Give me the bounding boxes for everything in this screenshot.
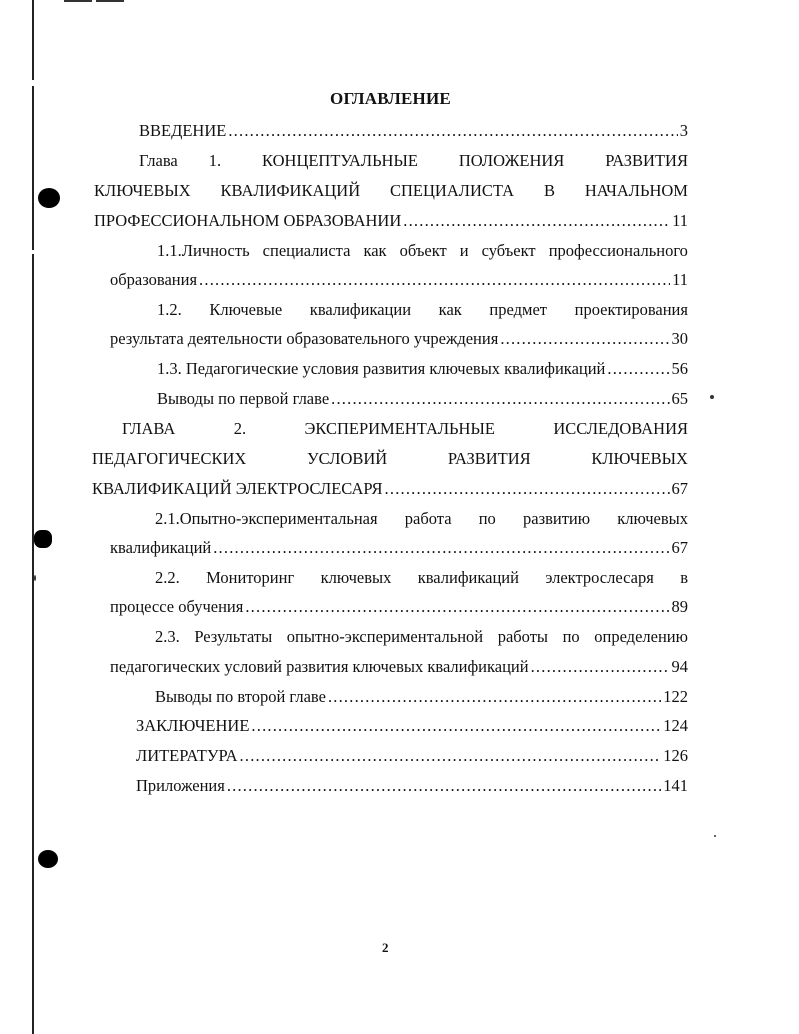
scan-speck: [710, 395, 714, 399]
toc-entry-label: ЛИТЕРАТУРА: [136, 746, 238, 766]
toc-leader-dots: [213, 538, 669, 558]
section-word: опытно-экспериментальной: [287, 627, 483, 647]
chapter-word: РАЗВИТИЯ: [448, 449, 531, 469]
toc-entry-page: 56: [672, 359, 689, 379]
section-word: профессионального: [549, 241, 688, 261]
section-word: определению: [594, 627, 688, 647]
chapter-word: УСЛОВИЙ: [307, 449, 387, 469]
scan-top-dash: [96, 0, 124, 2]
section-word: Ключевые: [209, 300, 282, 320]
section-word: 2.3.: [155, 627, 180, 647]
section-word: ключевых: [617, 509, 688, 529]
toc-section-2-2-line-1[interactable]: 2.2. Мониторинг ключевых квалификаций эл…: [155, 568, 688, 588]
toc-section-2-1-line-2[interactable]: квалификаций 67: [110, 538, 688, 558]
section-word: работы: [498, 627, 548, 647]
toc-leader-dots: [500, 329, 669, 349]
scan-punch-hole-mark: [38, 850, 58, 868]
toc-leader-dots: [199, 270, 670, 290]
toc-section-1-2-line-1[interactable]: 1.2. Ключевые квалификации как предмет п…: [157, 300, 688, 320]
toc-section-2-3-line-2[interactable]: педагогических условий развития ключевых…: [110, 657, 688, 677]
section-word: квалификации: [310, 300, 411, 320]
toc-entry-label: ЗАКЛЮЧЕНИЕ: [136, 716, 249, 736]
toc-leader-dots: [403, 211, 670, 231]
toc-entry-introduction[interactable]: ВВЕДЕНИЕ 3: [139, 121, 688, 141]
toc-leader-dots: [228, 121, 677, 141]
section-word: по: [479, 509, 496, 529]
toc-entry-page: 30: [672, 329, 689, 349]
toc-leader-dots: [385, 479, 670, 499]
section-word: квалификаций: [418, 568, 519, 588]
section-word: как: [439, 300, 462, 320]
toc-entry-page: 94: [672, 657, 689, 677]
toc-conclusions-chapter-1[interactable]: Выводы по первой главе 65: [157, 389, 688, 409]
chapter-word: КВАЛИФИКАЦИЙ: [221, 181, 361, 201]
scan-punch-hole-mark: [38, 188, 60, 208]
toc-chapter-2-line-2[interactable]: ПЕДАГОГИЧЕСКИХ УСЛОВИЙ РАЗВИТИЯ КЛЮЧЕВЫХ: [92, 449, 688, 469]
toc-section-1-3[interactable]: 1.3. Педагогические условия развития клю…: [157, 359, 688, 379]
chapter-word: ИССЛЕДОВАНИЯ: [553, 419, 688, 439]
section-word: 1.1.Личность: [157, 241, 250, 261]
toc-entry-page: 89: [672, 597, 689, 617]
section-word: субъект: [482, 241, 536, 261]
toc-leader-dots: [531, 657, 670, 677]
toc-entry-label: 1.3. Педагогические условия развития клю…: [157, 359, 605, 379]
toc-chapter-2-line-3[interactable]: КВАЛИФИКАЦИЙ ЭЛЕКТРОСЛЕСАРЯ 67: [92, 479, 688, 499]
chapter-word: 1.: [209, 151, 221, 171]
toc-leader-dots: [607, 359, 669, 379]
page-number: 2: [382, 940, 389, 956]
section-word: Мониторинг: [206, 568, 294, 588]
toc-entry-label: процессе обучения: [110, 597, 243, 617]
chapter-word: КОНЦЕПТУАЛЬНЫЕ: [262, 151, 418, 171]
scan-margin-line: [32, 0, 34, 1034]
toc-entry-page: 67: [672, 538, 689, 558]
toc-entry-label: образования: [110, 270, 197, 290]
toc-entry-label: педагогических условий развития ключевых…: [110, 657, 529, 677]
toc-entry-label: КВАЛИФИКАЦИЙ ЭЛЕКТРОСЛЕСАРЯ: [92, 479, 383, 499]
scan-margin-gap: [31, 250, 35, 254]
toc-entry-conclusion[interactable]: ЗАКЛЮЧЕНИЕ 124: [136, 716, 688, 736]
section-word: предмет: [489, 300, 547, 320]
chapter-word: РАЗВИТИЯ: [605, 151, 688, 171]
section-word: как: [363, 241, 386, 261]
scan-speck: [34, 575, 36, 581]
chapter-word: ПОЛОЖЕНИЯ: [459, 151, 564, 171]
scan-punch-hole-mark: [34, 530, 52, 548]
toc-section-2-1-line-1[interactable]: 2.1.Опытно-экспериментальная работа по р…: [155, 509, 688, 529]
toc-leader-dots: [328, 687, 661, 707]
toc-section-1-1-line-2[interactable]: образования 11: [110, 270, 688, 290]
toc-entry-page: 124: [663, 716, 688, 736]
toc-section-1-1-line-1[interactable]: 1.1.Личность специалиста как объект и су…: [157, 241, 688, 261]
toc-entry-page: 122: [663, 687, 688, 707]
section-word: объект: [400, 241, 447, 261]
scan-margin-gap: [31, 80, 35, 86]
toc-section-2-2-line-2[interactable]: процессе обучения 89: [110, 597, 688, 617]
toc-conclusions-chapter-2[interactable]: Выводы по второй главе 122: [155, 687, 688, 707]
scan-speck: [714, 835, 716, 837]
chapter-word: КЛЮЧЕВЫХ: [591, 449, 688, 469]
toc-section-2-3-line-1[interactable]: 2.3. Результаты опытно-экспериментальной…: [155, 627, 688, 647]
section-word: работа: [405, 509, 452, 529]
chapter-word: ГЛАВА: [122, 419, 175, 439]
toc-leader-dots: [251, 716, 661, 736]
toc-entry-label: Приложения: [136, 776, 225, 796]
toc-title: ОГЛАВЛЕНИЕ: [0, 89, 781, 109]
section-word: 1.2.: [157, 300, 182, 320]
toc-entry-label: ВВЕДЕНИЕ: [139, 121, 226, 141]
toc-leader-dots: [245, 597, 669, 617]
section-word: 2.1.Опытно-экспериментальная: [155, 509, 378, 529]
toc-entry-page: 126: [663, 746, 688, 766]
toc-chapter-2-line-1[interactable]: ГЛАВА 2. ЭКСПЕРИМЕНТАЛЬНЫЕ ИССЛЕДОВАНИЯ: [122, 419, 688, 439]
section-word: Результаты: [194, 627, 272, 647]
chapter-word: КЛЮЧЕВЫХ: [94, 181, 191, 201]
toc-chapter-1-line-2[interactable]: КЛЮЧЕВЫХ КВАЛИФИКАЦИЙ СПЕЦИАЛИСТА В НАЧА…: [94, 181, 688, 201]
section-word: в: [680, 568, 688, 588]
toc-entry-page: 141: [663, 776, 688, 796]
toc-entry-label: квалификаций: [110, 538, 211, 558]
toc-entry-page: 3: [680, 121, 688, 141]
toc-chapter-1-line-1[interactable]: Глава 1. КОНЦЕПТУАЛЬНЫЕ ПОЛОЖЕНИЯ РАЗВИТ…: [139, 151, 688, 171]
chapter-word: В: [544, 181, 555, 201]
chapter-word: НАЧАЛЬНОМ: [585, 181, 688, 201]
toc-section-1-2-line-2[interactable]: результата деятельности образовательного…: [110, 329, 688, 349]
chapter-word: Глава: [139, 151, 178, 171]
section-word: ключевых: [321, 568, 392, 588]
chapter-word: СПЕЦИАЛИСТА: [390, 181, 514, 201]
toc-entry-label: ПРОФЕССИОНАЛЬНОМ ОБРАЗОВАНИИ: [94, 211, 401, 231]
toc-entry-page: 11: [672, 270, 688, 290]
chapter-word: ЭКСПЕРИМЕНТАЛЬНЫЕ: [304, 419, 494, 439]
toc-entry-page: 65: [672, 389, 689, 409]
section-word: 2.2.: [155, 568, 180, 588]
toc-entry-page: 67: [672, 479, 689, 499]
toc-entry-label: Выводы по второй главе: [155, 687, 326, 707]
section-word: специалиста: [263, 241, 351, 261]
toc-entry-literature[interactable]: ЛИТЕРАТУРА 126: [136, 746, 688, 766]
section-word: по: [563, 627, 580, 647]
scan-top-dash: [64, 0, 92, 2]
toc-entry-label: Выводы по первой главе: [157, 389, 329, 409]
toc-entry-page: 11: [672, 211, 688, 231]
section-word: электрослесаря: [545, 568, 653, 588]
toc-chapter-1-line-3[interactable]: ПРОФЕССИОНАЛЬНОМ ОБРАЗОВАНИИ 11: [94, 211, 688, 231]
toc-leader-dots: [331, 389, 669, 409]
toc-entry-label: результата деятельности образовательного…: [110, 329, 498, 349]
toc-leader-dots: [240, 746, 662, 766]
chapter-word: ПЕДАГОГИЧЕСКИХ: [92, 449, 246, 469]
toc-entry-appendices[interactable]: Приложения 141: [136, 776, 688, 796]
chapter-word: 2.: [234, 419, 246, 439]
toc-leader-dots: [227, 776, 661, 796]
section-word: проектирования: [575, 300, 688, 320]
section-word: и: [460, 241, 469, 261]
section-word: развитию: [523, 509, 590, 529]
